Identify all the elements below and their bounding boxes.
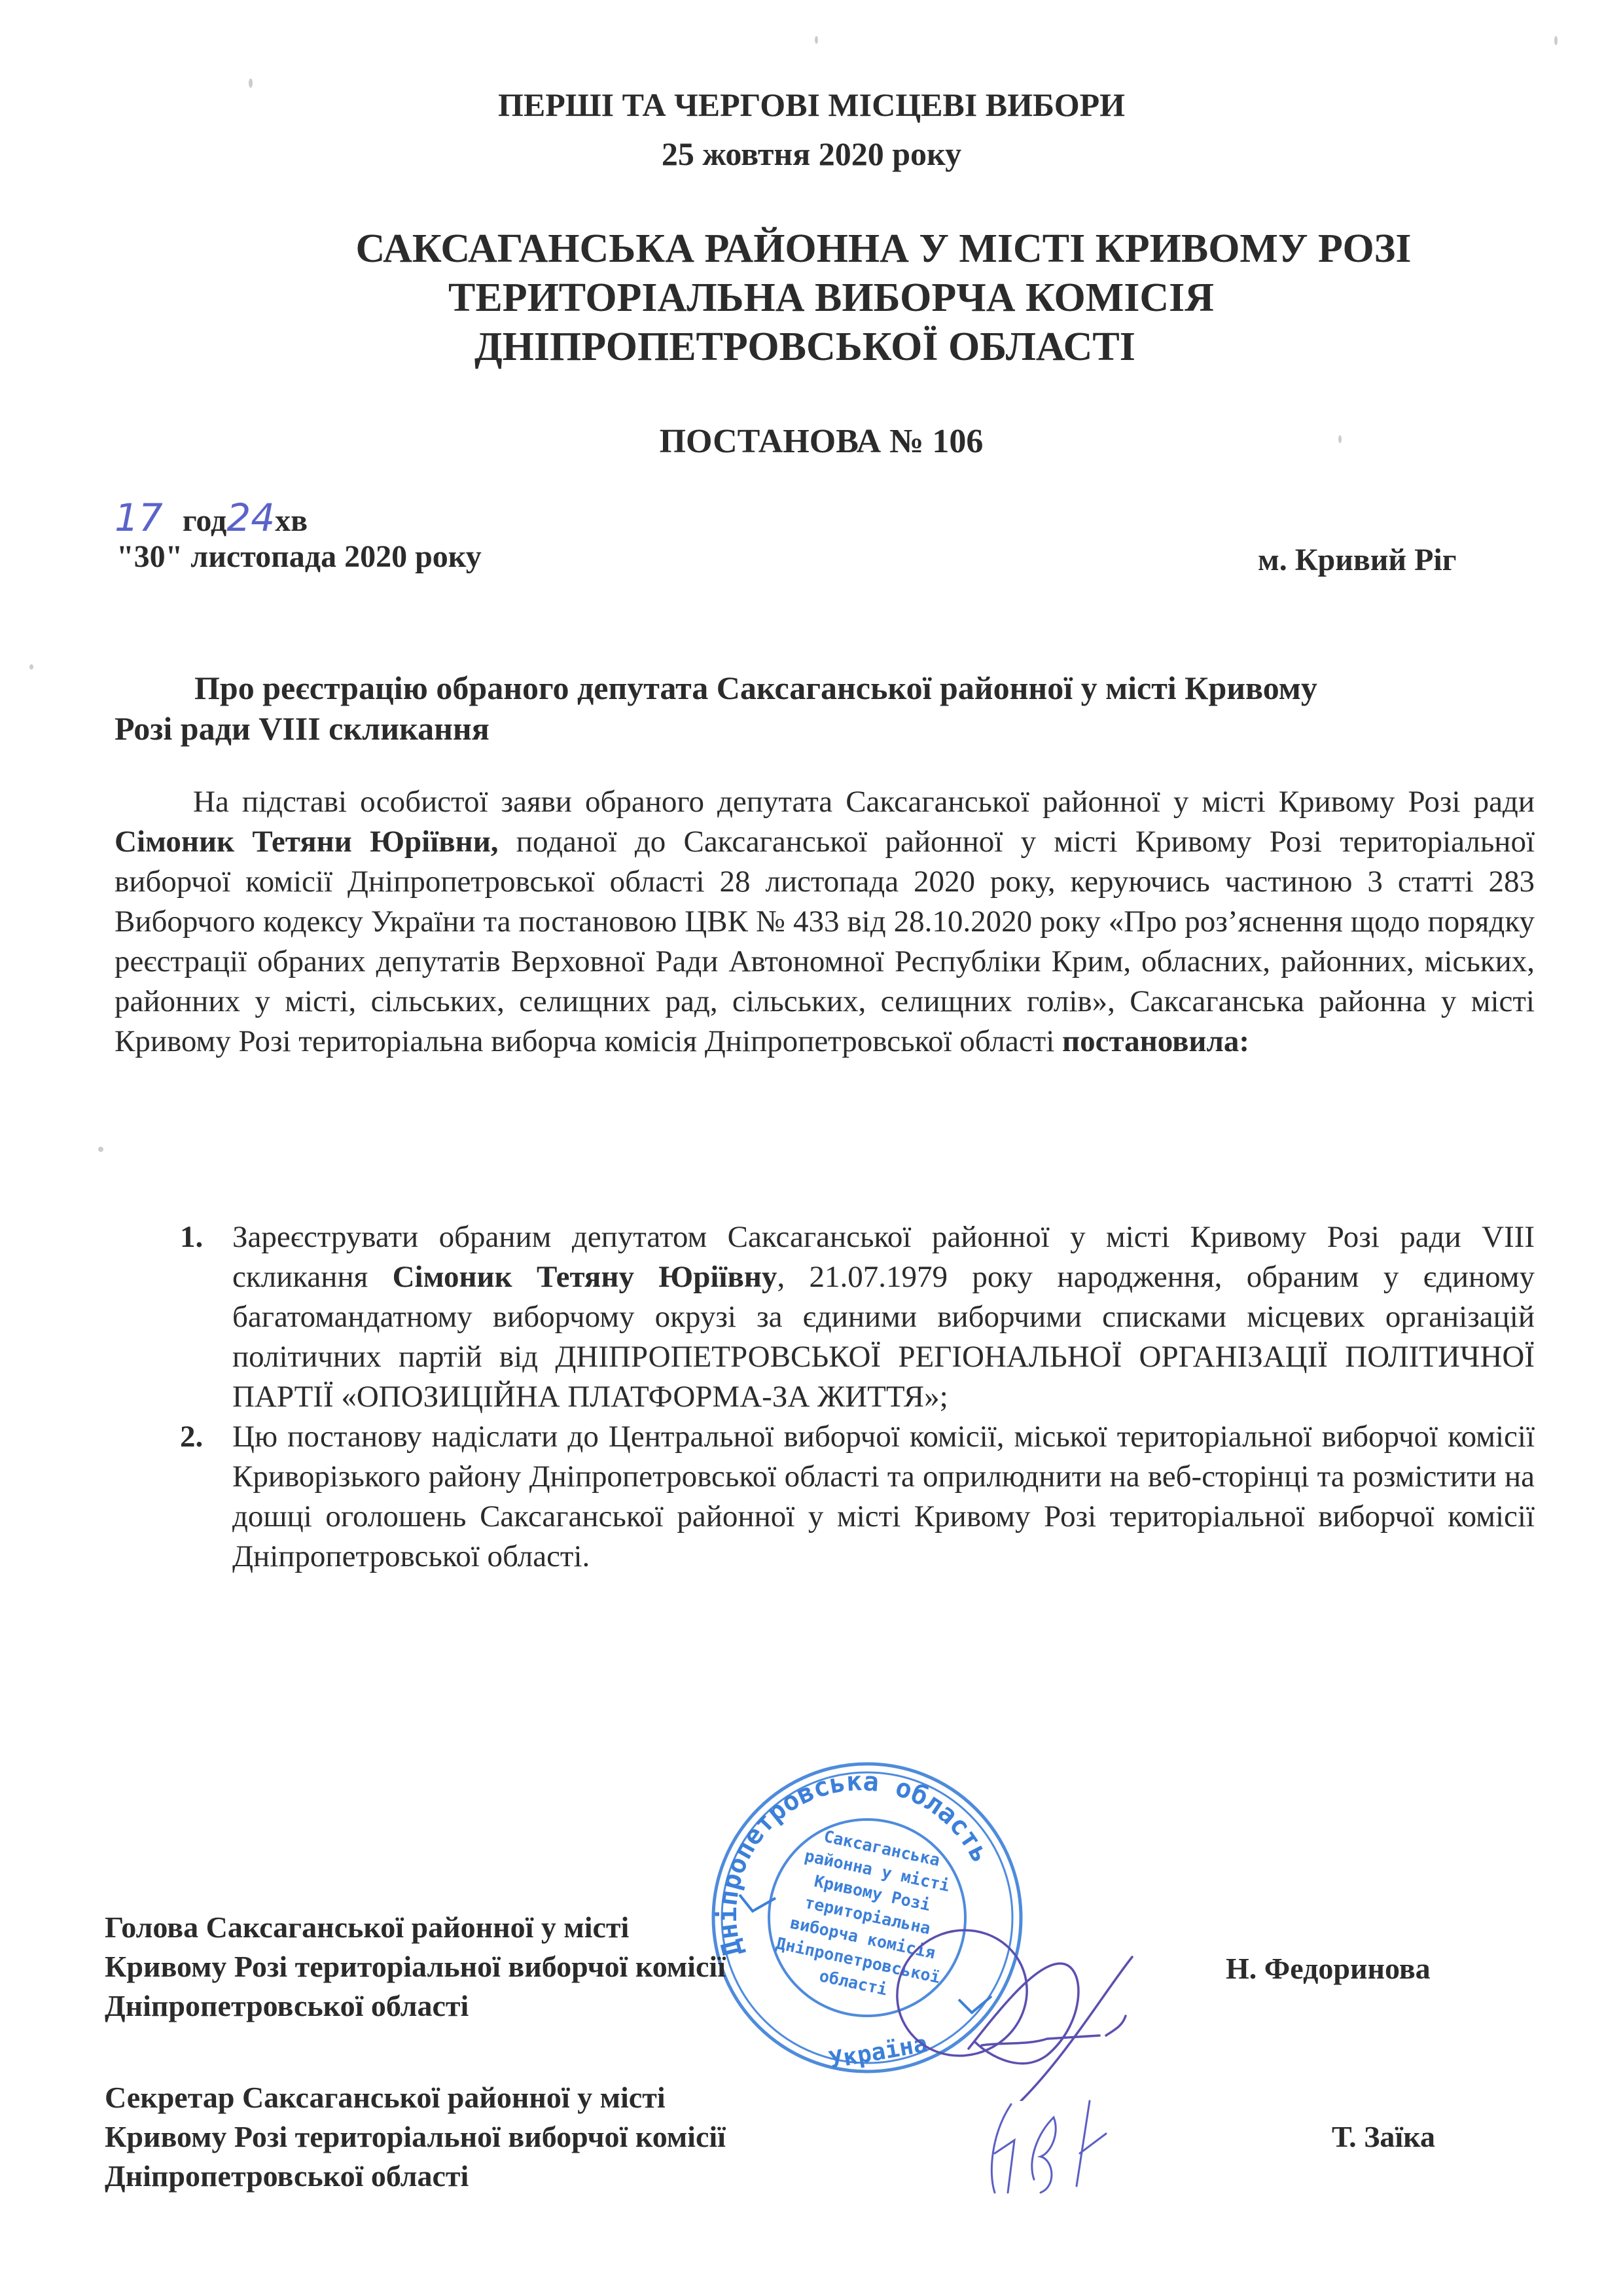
resolution-items: 1. Зареєструвати обраним депутатом Сакса…: [180, 1217, 1535, 1577]
registration-time: 17 год24хв: [115, 497, 308, 541]
secretary-title: Секретар Саксаганської районної у місті …: [105, 2078, 726, 2196]
item-text: Цю постанову надіслати до Центральної ви…: [232, 1420, 1535, 1573]
secretary-name: Т. Заїка: [1332, 2117, 1435, 2157]
minute-label: хв: [275, 503, 308, 538]
registered-deputy-name: Сімоник Тетяну Юріївну: [393, 1260, 777, 1294]
head-signature: [890, 1885, 1178, 2101]
head-name: Н. Федоринова: [1226, 1949, 1431, 1988]
resolution-item-1: 1. Зареєструвати обраним депутатом Сакса…: [180, 1217, 1535, 1417]
preamble-text: На підставі особистої заяви обраного деп…: [193, 785, 1535, 819]
preamble-text-continued: поданої до Саксаганської районної у міст…: [115, 825, 1535, 1058]
resolution-title: ПОСТАНОВА № 106: [0, 419, 1623, 465]
commission-name-line1: САКСАГАНСЬКА РАЙОННА У МІСТІ КРИВОМУ РОЗ…: [288, 226, 1479, 272]
item-number: 2.: [180, 1417, 203, 1457]
preamble-paragraph: На підставі особистої заяви обраного деп…: [115, 782, 1535, 1062]
head-title-line3: Дніпропетровської області: [105, 1986, 726, 2026]
secretary-title-line2: Кривому Розі територіальної виборчої ком…: [105, 2117, 726, 2157]
hour-label: год: [183, 503, 227, 538]
scan-speck: [29, 664, 33, 670]
head-title-line1: Голова Саксаганської районної у місті: [105, 1908, 726, 1947]
resolution-date: "30" листопада 2020 року: [116, 537, 482, 577]
deputy-name: Сімоник Тетяни Юріївни,: [115, 825, 499, 859]
election-title: ПЕРШІ ТА ЧЕРГОВІ МІСЦЕВІ ВИБОРИ: [0, 82, 1623, 128]
scan-speck: [815, 36, 818, 44]
secretary-title-line3: Дніпропетровської області: [105, 2157, 726, 2196]
secretary-title-line1: Секретар Саксаганської районної у місті: [105, 2078, 726, 2117]
commission-name-line3: ДНІПРОПЕТРОВСЬКОЇ ОБЛАСТІ: [474, 324, 1135, 370]
scan-speck: [98, 1147, 103, 1152]
election-date: 25 жовтня 2020 року: [0, 131, 1623, 177]
head-title-line2: Кривому Розі територіальної виборчої ком…: [105, 1947, 726, 1986]
commission-name-line2: ТЕРИТОРІАЛЬНА ВИБОРЧА КОМІСІЯ: [0, 275, 1623, 321]
subject-line1: Про реєстрацію обраного депутата Саксага…: [194, 668, 1317, 708]
resolution-city: м. Кривий Ріг: [1258, 540, 1457, 581]
item-number: 1.: [180, 1217, 203, 1257]
head-title: Голова Саксаганської районної у місті Кр…: [105, 1908, 726, 2026]
scan-speck: [1554, 36, 1558, 45]
decided-label: постановила:: [1062, 1024, 1249, 1058]
resolution-item-2: 2. Цю постанову надіслати до Центральної…: [180, 1417, 1535, 1577]
handwritten-hour: 17: [115, 495, 163, 540]
secretary-signature: [975, 2094, 1119, 2199]
subject-line2: Розі ради VIII скликання: [115, 708, 490, 749]
handwritten-minute: 24: [226, 495, 275, 540]
